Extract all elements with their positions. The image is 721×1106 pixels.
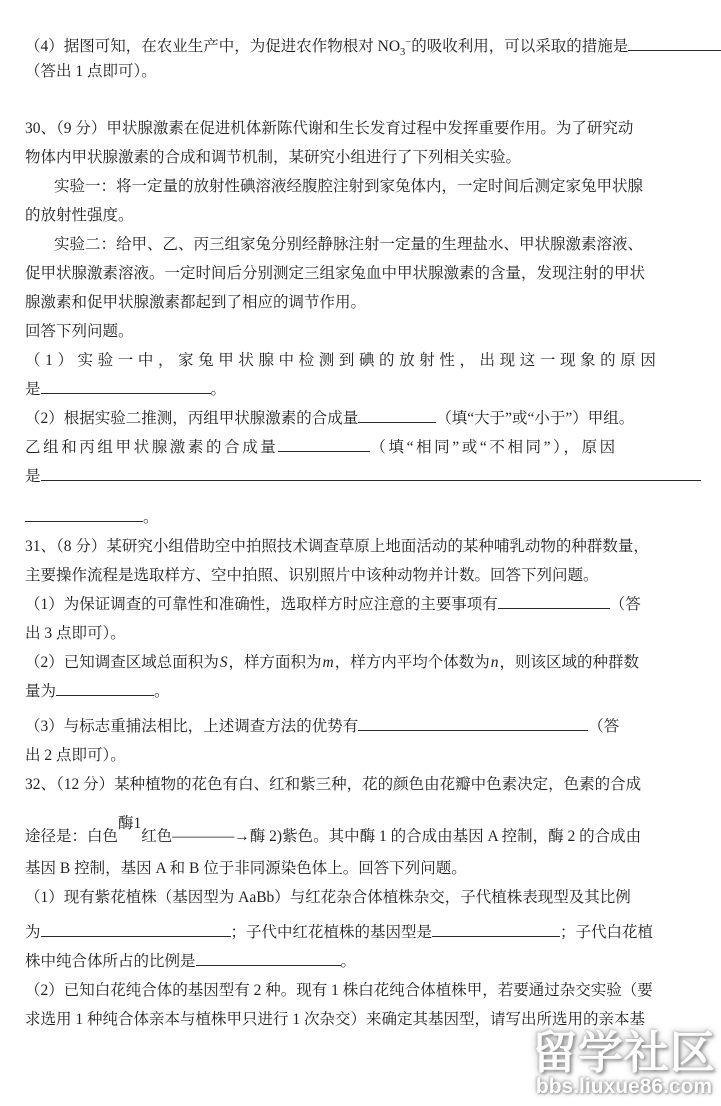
q30-2-line-3: 是 <box>25 462 721 491</box>
q32-pathway-formula: 途径是：白色酶1红色————→酶 2)紫色。其中酶 1 的合成由基因 A 控制，… <box>25 799 721 846</box>
text-span: 为 <box>25 924 41 941</box>
text-span: 。 <box>154 683 170 700</box>
text-span: 出 2 点即可）。 <box>25 747 126 764</box>
q31-3-line-1: （3）与标志重捕法相比，上述调查方法的优势有（答 <box>25 712 721 741</box>
answer-blank <box>498 593 610 609</box>
text-span: （2）已知调查区域总面积为 <box>25 654 219 671</box>
text-span: ，样方面积为 <box>229 654 322 671</box>
q29-4-line-2: （答出 1 点即可）。 <box>25 57 721 86</box>
paragraph-gap <box>25 86 721 114</box>
watermark: 留学社区 bbs.liuxue86.com <box>532 1030 716 1098</box>
text-span: 乙组和丙组甲状腺激素的合成量 <box>25 439 278 456</box>
q30-exp2-2: 促甲状腺激素溶液。一定时间后分别测定三组家兔血中甲状腺激素的含量，发现注射的甲状 <box>25 259 721 288</box>
text-span: 求选用 1 种纯合体亲本与植株甲只进行 1 次杂交）来确定其基因型，请写出所选用… <box>25 1011 645 1028</box>
text-span: 红色————→酶 2)紫色。其中酶 1 的合成由基因 A 控制，酶 2 的合成由 <box>141 828 641 845</box>
watermark-site-url: bbs.liuxue86.com <box>532 1076 716 1098</box>
text-span: ；子代白花植 <box>560 924 653 941</box>
text-span: 回答下列问题。 <box>25 323 134 340</box>
text-span: （1）实验一中，家兔甲状腺中检测到碘的放射性，出现这一现象的原因 <box>25 352 660 369</box>
q32-2-line-1: （2）已知白花纯合体的基因型有 2 种。现有 1 株白花纯合体植株甲，若要通过杂… <box>25 976 721 1005</box>
q29-4-line-1: （4）据图可知，在农业生产中，为促进农作物根对 NO3−的吸收利用，可以采取的措… <box>25 28 721 57</box>
answer-blank <box>56 680 154 696</box>
text-span: 促甲状腺激素溶液。一定时间后分别测定三组家兔血中甲状腺激素的含量，发现注射的甲状 <box>25 265 645 282</box>
text-span: （1）为保证调查的可靠性和准确性，选取样方时应注意的主要事项有 <box>25 596 498 613</box>
q30-1-line-1: （1）实验一中，家兔甲状腺中检测到碘的放射性，出现这一现象的原因 <box>25 346 721 375</box>
text-span: 是 <box>25 381 41 398</box>
q32-intro-1: 32、（12 分）某种植物的花色有白、红和紫三种，花的颜色由花瓣中色素决定，色素… <box>25 770 721 799</box>
answer-blank <box>196 950 341 966</box>
q31-intro-1: 31、（8 分）某研究小组借助空中拍照技术调查草原上地面活动的某种哺乳动物的种群… <box>25 532 721 561</box>
q30-2-line-1: （2）根据实验二推测，丙组甲状腺激素的合成量（填“大于”或“小于”）甲组。 <box>25 404 721 433</box>
answer-blank <box>628 35 721 51</box>
exam-document: （4）据图可知，在农业生产中，为促进农作物根对 NO3−的吸收利用，可以采取的措… <box>0 0 721 1034</box>
text-span: （3）与标志重捕法相比，上述调查方法的优势有 <box>25 718 358 735</box>
q30-exp2-1: 实验二：给甲、乙、丙三组家兔分别经静脉注射一定量的生理盐水、甲状腺激素溶液、 <box>25 230 721 259</box>
q30-intro-1: 30、（9 分）甲状腺激素在促进机体新陈代谢和生长发育过程中发挥重要作用。为了研… <box>25 114 721 143</box>
math-variable: n <box>490 654 500 671</box>
q32-1-line-1: （1）现有紫花植株（基因型为 AaBb）与红花杂合体植株杂交，子代植株表现型及其… <box>25 883 721 912</box>
q30-2-line-4: 。 <box>25 503 721 532</box>
q31-1-line-2: 出 3 点即可）。 <box>25 619 721 648</box>
text-span: ，样方内平均个体数为 <box>335 654 490 671</box>
q31-2-line-1: （2）已知调查区域总面积为S，样方面积为m，样方内平均个体数为n，则该区域的种群… <box>25 648 721 677</box>
text-span: 腺激素和促甲状腺激素都起到了相应的调节作用。 <box>25 294 366 311</box>
text-span: （2）已知白花纯合体的基因型有 2 种。现有 1 株白花纯合体植株甲，若要通过杂… <box>25 982 653 999</box>
exam-page: （4）据图可知，在农业生产中，为促进农作物根对 NO3−的吸收利用，可以采取的措… <box>0 0 721 1106</box>
text-span: 是 <box>25 468 41 485</box>
answer-blank <box>41 465 701 481</box>
q30-intro-2: 物体内甲状腺激素的合成和调节机制，某研究小组进行了下列相关实验。 <box>25 143 721 172</box>
text-span: 主要操作流程是选取样方、空中拍照、识别照片中该种动物并计数。回答下列问题。 <box>25 567 599 584</box>
q30-exp2-3: 腺激素和促甲状腺激素都起到了相应的调节作用。 <box>25 288 721 317</box>
text-span: 。 <box>341 953 357 970</box>
text-span: （答出 1 点即可）。 <box>25 63 157 80</box>
text-span: 量为 <box>25 683 56 700</box>
answer-blank <box>278 436 370 452</box>
text-span: 。 <box>211 381 227 398</box>
q30-2-line-2: 乙组和丙组甲状腺激素的合成量（填“相同”或“不相同”），原因 <box>25 433 721 462</box>
text-span: 出 3 点即可）。 <box>25 625 126 642</box>
q31-intro-2: 主要操作流程是选取样方、空中拍照、识别照片中该种动物并计数。回答下列问题。 <box>25 561 721 590</box>
q31-3-line-2: 出 2 点即可）。 <box>25 741 721 770</box>
answer-blank <box>358 715 588 731</box>
text-span: 实验二：给甲、乙、丙三组家兔分别经静脉注射一定量的生理盐水、甲状腺激素溶液、 <box>54 236 643 253</box>
q32-1-line-3: 株中纯合体所占的比例是。 <box>25 947 721 976</box>
text-span: 32、（12 分）某种植物的花色有白、红和紫三种，花的颜色由花瓣中色素决定，色素… <box>25 776 641 793</box>
q31-2-line-2: 量为。 <box>25 677 721 706</box>
answer-blank <box>25 506 143 522</box>
subscript: 3 <box>400 47 405 58</box>
text-span: （填“相同”或“不相同”），原因 <box>370 439 617 456</box>
q30-exp1-1: 实验一：将一定量的放射性碘溶液经腹腔注射到家兔体内，一定时间后测定家兔甲状腺 <box>25 172 721 201</box>
q32-1-line-2: 为；子代中红花植株的基因型是；子代白花植 <box>25 918 721 947</box>
text-span: （答 <box>610 596 641 613</box>
text-span: （1）现有紫花植株（基因型为 AaBb）与红花杂合体植株杂交，子代植株表现型及其… <box>25 889 631 906</box>
text-span: 的吸收利用，可以采取的措施是 <box>411 38 628 55</box>
q30-answer-prompt: 回答下列问题。 <box>25 317 721 346</box>
text-span: ；子代中红花植株的基因型是 <box>231 924 433 941</box>
text-span: 。 <box>143 509 159 526</box>
text-span: 30、（9 分）甲状腺激素在促进机体新陈代谢和生长发育过程中发挥重要作用。为了研… <box>25 120 633 137</box>
text-span: 物体内甲状腺激素的合成和调节机制，某研究小组进行了下列相关实验。 <box>25 149 521 166</box>
q32-intro-3: 基因 B 控制，基因 A 和 B 位于非同源染色体上。回答下列问题。 <box>25 854 721 883</box>
answer-blank <box>41 378 211 394</box>
text-span: （4）据图可知，在农业生产中，为促进农作物根对 NO <box>25 38 400 55</box>
text-span: （填“大于”或“小于”）甲组。 <box>436 410 634 427</box>
q30-1-line-2: 是。 <box>25 375 721 404</box>
text-span: 基因 B 控制，基因 A 和 B 位于非同源染色体上。回答下列问题。 <box>25 860 467 877</box>
text-span: 31、（8 分）某研究小组借助空中拍照技术调查草原上地面活动的某种哺乳动物的种群… <box>25 538 649 555</box>
q31-1-line-1: （1）为保证调查的可靠性和准确性，选取样方时应注意的主要事项有（答 <box>25 590 721 619</box>
answer-blank <box>41 921 231 937</box>
text-span: ，则该区域的种群数 <box>500 654 640 671</box>
text-span: （2）根据实验二推测，丙组甲状腺激素的合成量 <box>25 410 358 427</box>
text-span: （答 <box>588 718 619 735</box>
math-variable: S <box>219 654 229 671</box>
watermark-title: 留学社区 <box>532 1030 716 1076</box>
enzyme-1-label: 酶1 <box>118 811 141 833</box>
text-span: 株中纯合体所占的比例是 <box>25 953 196 970</box>
text-span: 实验一：将一定量的放射性碘溶液经腹腔注射到家兔体内，一定时间后测定家兔甲状腺 <box>54 178 643 195</box>
text-span: 的放射性强度。 <box>25 207 134 224</box>
answer-blank <box>432 921 560 937</box>
text-span: 途径是：白色 <box>25 828 118 845</box>
answer-blank <box>358 407 436 423</box>
q30-exp1-2: 的放射性强度。 <box>25 201 721 230</box>
math-variable: m <box>322 654 335 671</box>
